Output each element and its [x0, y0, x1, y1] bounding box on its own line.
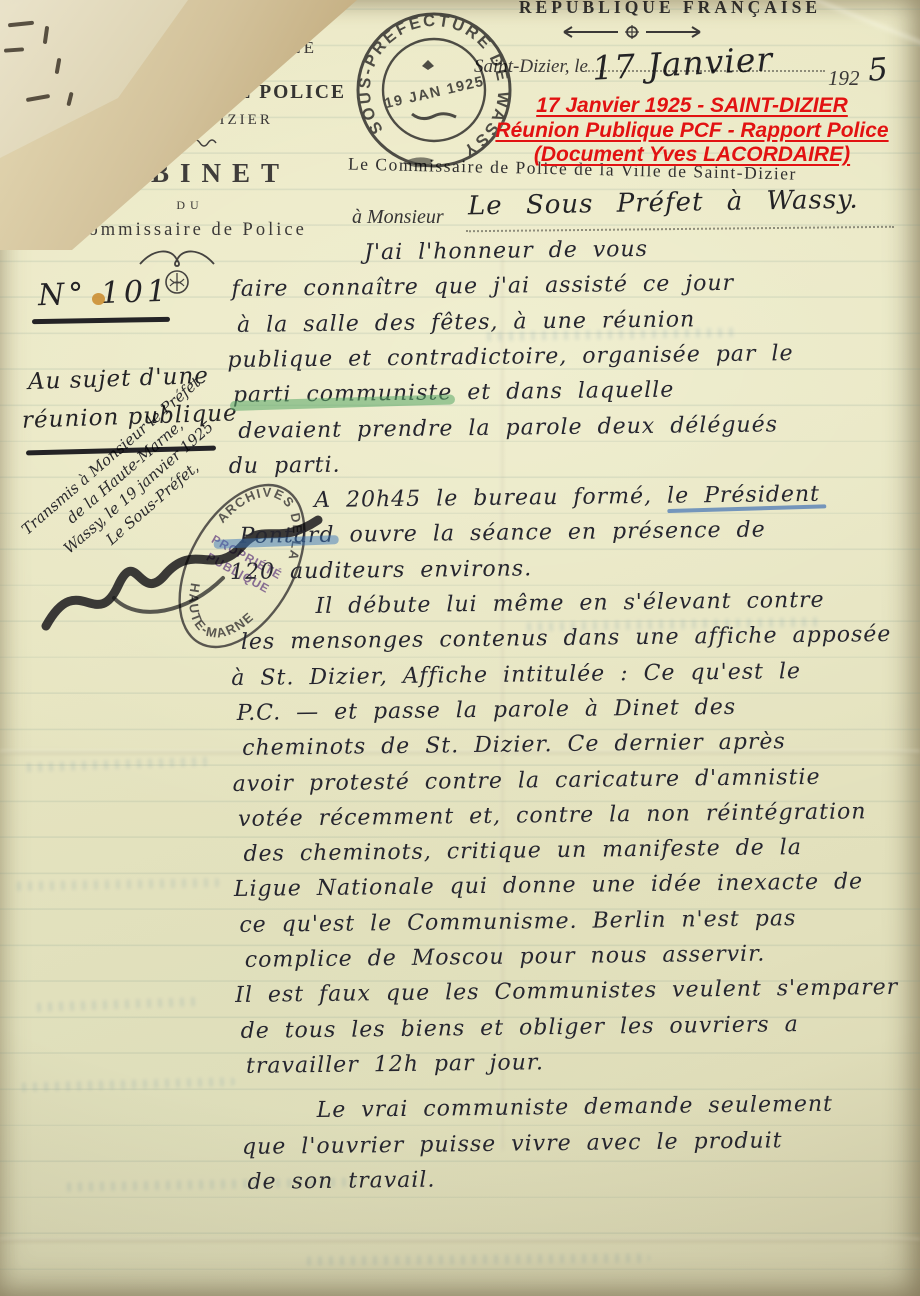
- document-photo: DIRECTION DE LA SURETÉ GÉNÉRALE COMMISSA…: [0, 0, 920, 1296]
- caption-line-1: 17 Janvier 1925 - SAINT-DIZIER: [536, 94, 848, 117]
- handwritten-line: du parti.: [229, 452, 341, 478]
- handwritten-line: publique et contradictoire, organisée pa…: [227, 341, 793, 373]
- handwritten-line: de tous les biens et obliger les ouvrier…: [241, 1012, 799, 1044]
- handwritten-line: devaient prendre la parole deux délégués: [238, 412, 778, 444]
- handwritten-line: A 20h45 le bureau formé, le Président: [314, 482, 820, 513]
- blue-highlight: le Président: [667, 482, 820, 509]
- handwritten-line: votée récemment et, contre la non réinté…: [238, 799, 867, 832]
- handwritten-line: Il débute lui même en s'élevant contre: [315, 588, 824, 619]
- caption-line-2: Réunion Publique PCF - Rapport Police: [495, 119, 888, 142]
- handwritten-line: Pontard ouvre la séance en présence de: [239, 518, 765, 549]
- handwritten-line: ce qu'est le Communisme. Berlin n'est pa…: [239, 906, 796, 938]
- green-highlight: parti communiste: [233, 380, 453, 408]
- handwritten-line: avoir protesté contre la caricature d'am…: [232, 764, 820, 796]
- red-caption-overlay: 17 Janvier 1925 - SAINT-DIZIER Réunion P…: [462, 94, 920, 168]
- handwritten-line: à St. Dizier, Affiche intitulée : Ce qu'…: [231, 659, 801, 691]
- handwritten-line: de son travail.: [247, 1167, 435, 1194]
- handwritten-line: faire connaître que j'ai assisté ce jour: [231, 271, 734, 302]
- handwritten-line: travailler 12h par jour.: [246, 1050, 544, 1079]
- body-lines: J'ai l'honneur de vousfaire connaître qu…: [0, 0, 920, 1296]
- handwritten-line: J'ai l'honneur de vous: [364, 237, 648, 265]
- handwritten-line: Le vrai communiste demande seulement: [316, 1092, 833, 1123]
- handwritten-line: que l'ouvrier puisse vivre avec le produ…: [242, 1128, 783, 1160]
- handwritten-line: 120 auditeurs environs.: [230, 556, 532, 585]
- blue-highlight: Pontard: [239, 523, 334, 549]
- handwritten-line: les mensonges contenus dans une affiche …: [241, 622, 892, 655]
- handwritten-line: des cheminots, critique un manifeste de …: [243, 835, 802, 867]
- handwritten-line: parti communiste et dans laquelle: [233, 378, 675, 408]
- handwritten-line: complice de Moscou pour nous asservir.: [245, 942, 766, 973]
- handwritten-line: Il est faux que les Communistes veulent …: [235, 975, 898, 1008]
- handwritten-line: à la salle des fêtes, à une réunion: [237, 307, 695, 338]
- handwritten-line: Ligue Nationale qui donne une idée inexa…: [234, 870, 863, 903]
- handwritten-line: P.C. — et passe la parole à Dinet des: [237, 695, 737, 726]
- caption-line-3: (Document Yves LACORDAIRE): [534, 143, 850, 166]
- handwritten-line: cheminots de St. Dizier. Ce dernier aprè…: [242, 729, 786, 761]
